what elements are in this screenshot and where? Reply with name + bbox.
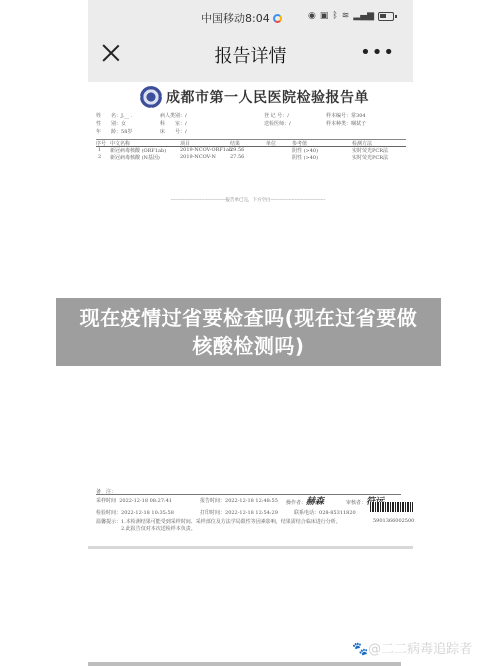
table-row: 1 新冠病毒核酸 (ORF1ab) 2019-NCOV-ORF1ab 29.56… — [96, 147, 406, 154]
hospital-logo-icon — [140, 86, 162, 108]
col-header-method: 检测方法 — [352, 140, 372, 147]
eye-icon: ◉ — [308, 11, 316, 21]
tips-line-2: 2.此报告仅对本次送检样本负责。 — [121, 525, 196, 532]
article-title-line-1: 现在疫情过省要检查吗(现在过省要做 — [56, 304, 441, 332]
watermark: 🐾@二二病毒追踪者 — [352, 638, 472, 657]
table-row: 2 新冠病毒核酸 (N基因) 2019-NCOV-N 27.56 阴性 (>40… — [96, 154, 406, 161]
barcode-number: 5901366002500 — [373, 518, 414, 524]
report-header: 成都市第一人民医院检验报告单 — [140, 86, 369, 108]
print-time: 打印时间：2022-12-18 12:54:29 — [200, 509, 278, 516]
table-header-row: 序号 中文名称 项目 结果 单位 参考值 检测方法 — [96, 140, 406, 147]
more-options-button[interactable]: ••• — [360, 42, 395, 63]
carrier-time: 中国移动8:04 — [201, 10, 282, 26]
cell-method: 实时荧光PCR法 — [352, 154, 388, 161]
wifi-icon: ≋ — [342, 11, 350, 21]
cell-item: 2019-NCOV-N — [180, 154, 216, 160]
tips-line-1: 温馨提示：1.本检测结果可能受到采样时间、采样部位及方法学局限性等因素影响，结果… — [96, 518, 341, 525]
contact-phone: 联系电话：028-85311820 — [294, 509, 356, 516]
cell-item: 2019-NCOV-ORF1ab — [180, 147, 232, 153]
article-title-line-2: 核酸检测吗) — [56, 332, 441, 360]
bottom-divider — [88, 662, 401, 666]
carrier-name: 中国移动 — [201, 12, 245, 25]
report-title: 成都市第一人民医院检验报告单 — [166, 87, 369, 107]
col-header-name: 中文名称 — [110, 140, 130, 147]
cell-index: 1 — [98, 147, 101, 153]
sample-type: 样本种类：咽拭子 — [326, 120, 366, 128]
department: 科 室：/ — [160, 120, 187, 128]
clock-time: 8:04 — [245, 12, 270, 25]
cell-reference: 阴性 (>40) — [292, 154, 318, 161]
referring-doctor: 送检医师：/ — [264, 120, 291, 128]
patient-name: 姓 名：J.__ . — [96, 112, 132, 120]
bed-number: 床 号：/ — [160, 128, 187, 136]
cell-name: 新冠病毒核酸 (ORF1ab) — [110, 147, 166, 154]
patient-age: 年 龄：58岁 — [96, 128, 132, 136]
col-header-result: 结果 — [230, 140, 240, 147]
patient-category: 病人类别：/ — [160, 112, 187, 120]
report-end-note: ------------------------------------报告单已… — [134, 197, 362, 203]
cell-index: 2 — [98, 154, 101, 160]
col-header-index: 序号 — [96, 140, 106, 147]
operator-signature: 赫森 — [306, 497, 324, 507]
cell-result: 27.56 — [230, 154, 244, 160]
registration-number: 登 记 号：/ — [264, 112, 289, 120]
status-bar: 中国移动8:04 ◉ ▣ ᛒ ≋ ▂▄▆ — [88, 6, 413, 28]
col-header-reference: 参考值 — [292, 140, 307, 147]
collect-time: 采样时间 2022-12-18 08:27:41 — [96, 497, 172, 504]
section-divider — [88, 546, 413, 549]
cell-reference: 阴性 (>40) — [292, 147, 318, 154]
operator: 操作者：赫森 — [286, 494, 324, 507]
sync-icon — [273, 14, 282, 23]
nav-bar: 报告详情 ••• — [88, 36, 413, 76]
receive-time: 检验时间：2022-12-18 10:35:58 — [96, 509, 174, 516]
signal-icon: ▂▄▆ — [353, 11, 374, 21]
battery-icon — [378, 12, 394, 21]
article-title-banner: 现在疫情过省要检查吗(现在过省要做 核酸检测吗) — [56, 298, 441, 366]
cell-name: 新冠病毒核酸 (N基因) — [110, 154, 160, 161]
bluetooth-icon: ᛒ — [332, 11, 337, 21]
barcode-icon — [370, 502, 413, 512]
article-title: 现在疫情过省要检查吗(现在过省要做 核酸检测吗) — [56, 298, 441, 360]
cell-result: 29.56 — [230, 147, 244, 153]
results-table: 序号 中文名称 项目 结果 单位 参考值 检测方法 1 新冠病毒核酸 (ORF1… — [96, 140, 406, 161]
report-time: 报告时间：2022-12-18 12:48:55 — [200, 497, 278, 504]
nfc-icon: ▣ — [320, 11, 329, 21]
top-bar: 中国移动8:04 ◉ ▣ ᛒ ≋ ▂▄▆ 报告详情 ••• — [88, 0, 413, 82]
sample-number: 样本编号：常304 — [326, 112, 366, 120]
status-icons: ◉ ▣ ᛒ ≋ ▂▄▆ — [308, 11, 394, 21]
col-header-unit: 单位 — [266, 140, 276, 147]
patient-sex: 性 别：女 — [96, 120, 126, 128]
col-header-item: 项目 — [180, 140, 190, 147]
cell-method: 实时荧光PCR法 — [352, 147, 388, 154]
